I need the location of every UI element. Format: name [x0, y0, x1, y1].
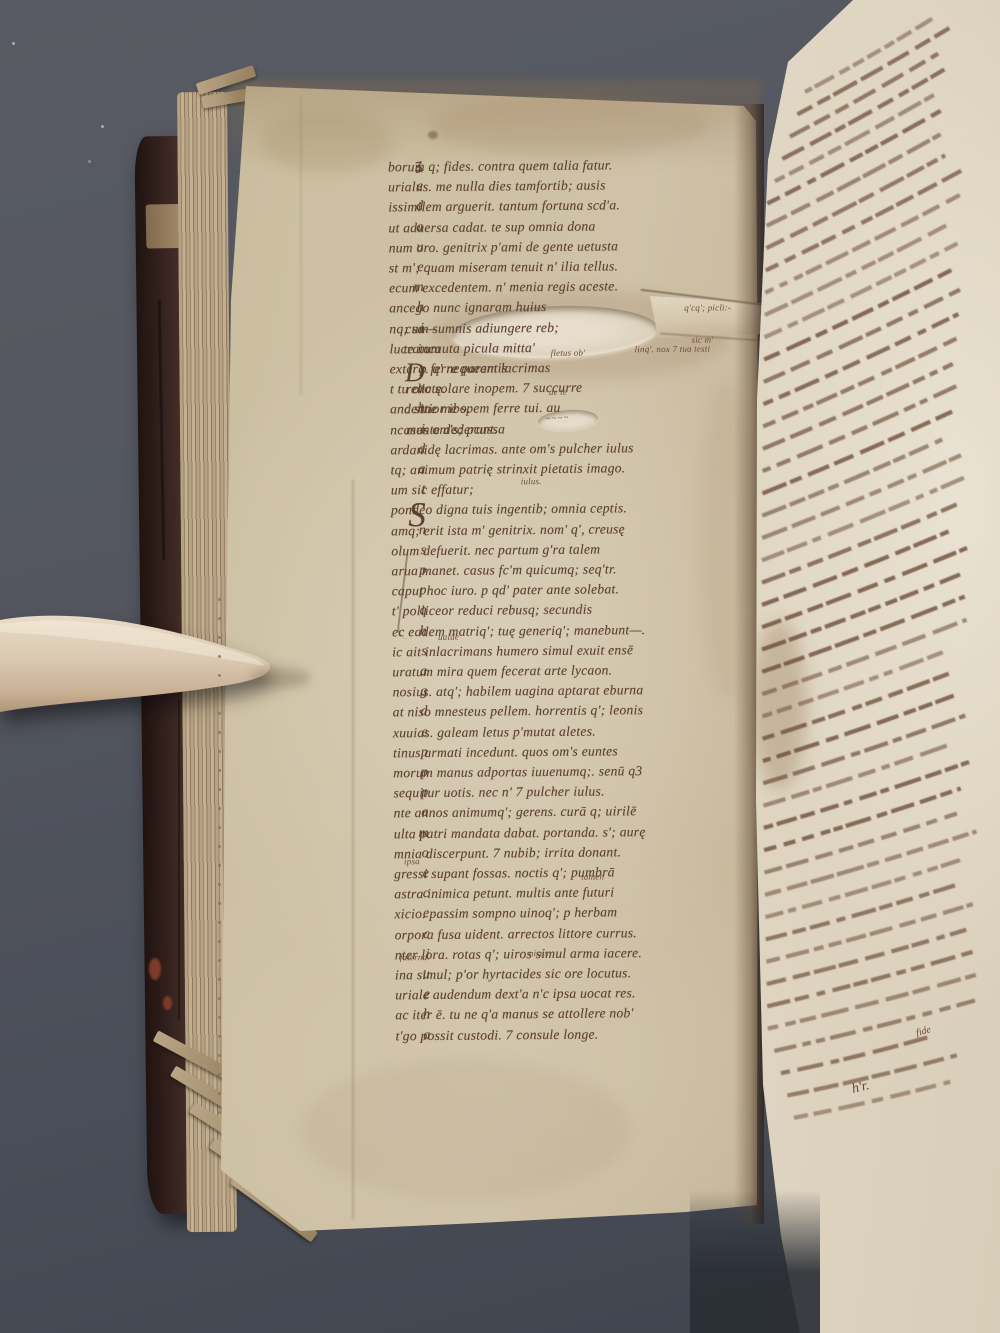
- line-text: orpora fusa uident. arrectos littore cur…: [395, 926, 637, 942]
- line-text: urialus. me nulla dies tamfortib; ausis: [388, 179, 606, 195]
- line-text: xuuias. galeam letus p'mutat aletes.: [393, 724, 596, 740]
- line-text: uriale audendum dext'a n'c ipsa uocat re…: [395, 986, 636, 1002]
- line-text: astra inimica petunt. multis ante futuri: [394, 886, 614, 902]
- pricking-hole: [218, 769, 221, 772]
- gutter-bottom-shadow: [690, 1190, 820, 1333]
- line-text: mnia discerpunt. 7 nubib; irrita donant.: [394, 845, 621, 861]
- pseudo-text-line: [763, 339, 956, 427]
- pricking-hole: [218, 978, 221, 981]
- line-text: anc: [389, 302, 410, 316]
- manuscript-photo: ~~~~ ʓborum q; fides. contra quem talia …: [0, 0, 1000, 1333]
- pseudo-text-line: [765, 224, 949, 315]
- line-text: mente dederunt.: [406, 422, 497, 437]
- pricking-hole: [218, 845, 221, 848]
- interlinear-gloss: q'cq'; picli:-: [684, 302, 731, 312]
- pseudo-text-line: [767, 134, 941, 226]
- line-text: ic ait inlacrimans humero simul exuit en…: [392, 643, 633, 659]
- pricking-hole: [218, 598, 221, 601]
- pseudo-text-line: [767, 930, 966, 984]
- pricking-hole: [218, 1016, 221, 1019]
- line-text: sequitur uotis. nec n' 7 pulcher iulus.: [393, 785, 604, 801]
- pricking-hole: [218, 1092, 221, 1095]
- pseudo-text-line: [767, 952, 972, 1006]
- pricking-hole: [218, 1073, 221, 1076]
- line-text: st m'; quam miseram tenuit n' ilia tellu…: [389, 259, 618, 275]
- interlinear-gloss: de te: [549, 387, 567, 397]
- line-text: ego nunc ignaram huius: [409, 300, 546, 315]
- line-text: ac iter ē. tu ne q'a manus se attollere …: [395, 1007, 633, 1023]
- pricking-hole: [218, 1035, 221, 1038]
- pseudo-text-line: [775, 93, 938, 181]
- line-text: uratum mira quem fecerat arte lycaon.: [392, 663, 612, 679]
- pricking-hole: [218, 655, 221, 658]
- line-text: ut aduersa cadat. te sup omnia dona: [388, 219, 595, 235]
- line-text: cum sumnis adiungere reb;: [405, 320, 559, 335]
- interlinear-gloss: fletus ob': [551, 348, 586, 358]
- line-text: arua manet. casus fc'm quicumq; seq'tr.: [391, 562, 616, 578]
- pricking-hole: [218, 997, 221, 1000]
- line-text: issimilem arguerit. tantum fortuna scd'a…: [388, 199, 620, 215]
- pseudo-text-line: [768, 975, 976, 1029]
- line-text: at niso mnesteus pellem. horrentis q'; l…: [393, 704, 644, 720]
- pricking-hole: [218, 940, 221, 943]
- pseudo-text-line: [764, 270, 951, 360]
- line-text: relictę.: [406, 382, 446, 396]
- pricking-hole: [218, 1054, 221, 1057]
- pricking-hole: [218, 864, 221, 867]
- pseudo-text-line: [787, 1055, 956, 1095]
- line-text: ecum excedentem. n' menia regis aceste.: [389, 280, 618, 296]
- pseudo-text-line: [762, 504, 957, 582]
- pseudo-text-line: [762, 455, 961, 538]
- pricking-hole: [218, 693, 221, 696]
- pricking-hole: [218, 921, 221, 924]
- pricking-hole: [218, 959, 221, 962]
- pricking-hole: [218, 731, 221, 734]
- pricking-hole: [218, 712, 221, 715]
- line-text: ec eadem matriq'; tuę generiq'; manebunt…: [392, 623, 646, 639]
- line-text: ulta patri mandata dabat. portanda. s'; …: [394, 825, 646, 841]
- line-text: ardanidę lacrimas. ante om's pulcher iul…: [390, 441, 633, 457]
- line-text: num oro. genitrix p'ami de gente uetusta: [389, 239, 619, 255]
- pricking-hole: [218, 1111, 221, 1114]
- line-text: caput hoc iuro. p qd' pater ante solebat…: [392, 583, 620, 599]
- line-text: dentior ibo.: [404, 402, 471, 417]
- right-page-pseudo-text: [740, 0, 1000, 1333]
- line-text: nter lora. rotas q'; uiros simul arma ia…: [395, 946, 642, 962]
- line-text: borum q; fides. contra quem talia fatur.: [388, 158, 613, 174]
- pseudo-text-line: [767, 109, 943, 203]
- line-text: t' polliceor reduci rebusq; secundis: [392, 603, 593, 619]
- pseudo-text-line: [805, 17, 935, 92]
- line-text: pondeo digna tuis ingentib; omnia ceptis…: [391, 502, 627, 518]
- pseudo-text-line: [774, 1000, 975, 1050]
- pricking-hole: [218, 826, 221, 829]
- line-text: te incauta picula mitta': [404, 341, 536, 356]
- pricking-hole: [218, 750, 221, 753]
- interlinear-gloss: linq'. nox 7 tua testi: [635, 344, 711, 355]
- line-text: nte annos animumq'; gerens. curā q; uiri…: [394, 805, 637, 821]
- line-text: tinus armati incedunt. quos om's euntes: [393, 744, 618, 760]
- line-text: morum manus adportas iuuenumq;. senū q3: [393, 764, 642, 780]
- pseudo-text-line: [762, 478, 964, 561]
- interlinear-gloss: tamen: [581, 872, 604, 882]
- line-text: p ferre parentis: [420, 361, 508, 376]
- pricking-hole: [218, 883, 221, 886]
- interlinear-gloss: falerna: [400, 952, 427, 962]
- line-text: t'go possit custodi. 7 consule longe.: [395, 1027, 598, 1043]
- line-text: nosius. atq'; habilem uagina aptarat ebu…: [392, 683, 643, 699]
- pseudo-text-line: [766, 155, 945, 248]
- pseudo-text-line: [797, 26, 952, 114]
- pseudo-text-line: [762, 548, 967, 627]
- line-text: olum defuerit. nec partum g'ra talem: [391, 542, 600, 558]
- pricking-hole: [218, 788, 221, 791]
- pricking-hole: [218, 617, 221, 620]
- pseudo-text-line: [763, 314, 958, 404]
- pricking-hole: [218, 902, 221, 905]
- pseudo-text-line: [762, 412, 952, 494]
- pricking-hole: [218, 807, 221, 810]
- interlinear-gloss: ualde: [438, 632, 459, 642]
- interlinear-gloss: iulus.: [521, 476, 542, 486]
- tool-shadow: [250, 668, 310, 688]
- pricking-hole: [218, 674, 221, 677]
- pseudo-text-line: [763, 384, 961, 471]
- line-text: tq; animum patrię strinxit pietatis imag…: [391, 461, 626, 477]
- pricking-hole: [218, 636, 221, 639]
- line-text: um sic effatur;: [391, 483, 474, 498]
- interlinear-gloss: ipsa: [404, 856, 420, 866]
- line-text: ina simul; p'or hyrtacides sic ore locut…: [395, 966, 631, 982]
- interlinear-gloss: nisus: [529, 948, 549, 958]
- line-text: xicio. passim sompno uinoq'; p herbam: [394, 906, 617, 922]
- pseudo-text-line: [763, 364, 953, 449]
- pseudo-text-line: [766, 885, 955, 939]
- line-text: amq; erit ista m' genitrix. nom' q', cre…: [391, 522, 625, 538]
